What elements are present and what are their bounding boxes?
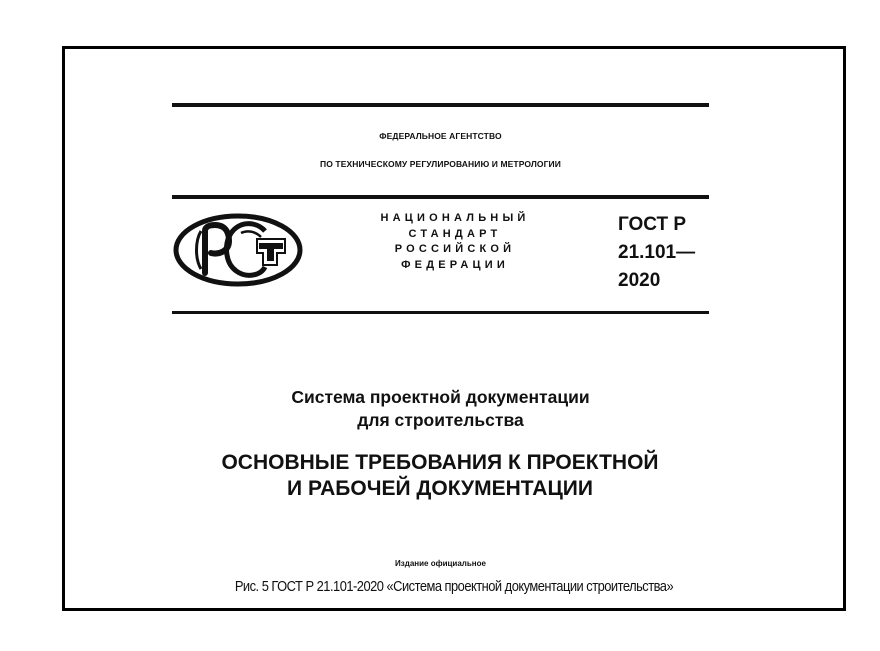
national-standard-line: ФЕДЕРАЦИИ — [360, 258, 550, 274]
national-standard-label: НАЦИОНАЛЬНЫЙ СТАНДАРТ РОССИЙСКОЙ ФЕДЕРАЦ… — [360, 211, 550, 273]
rst-certification-mark-icon — [173, 213, 303, 287]
middle-rule — [172, 195, 709, 199]
title-line: И РАБОЧЕЙ ДОКУМЕНТАЦИИ — [150, 476, 730, 502]
designation-line: ГОСТ Р — [618, 211, 695, 239]
designation-line: 2020 — [618, 267, 695, 295]
top-rule — [172, 103, 709, 107]
document-title: ОСНОВНЫЕ ТРЕБОВАНИЯ К ПРОЕКТНОЙ И РАБОЧЕ… — [150, 450, 730, 502]
designation-line: 21.101— — [618, 239, 695, 267]
national-standard-line: РОССИЙСКОЙ — [360, 242, 550, 258]
agency-line-1: ФЕДЕРАЛЬНОЕ АГЕНТСТВО — [172, 131, 709, 141]
figure-caption: Рис. 5 ГОСТ Р 21.101-2020 «Система проек… — [117, 578, 791, 595]
national-standard-line: НАЦИОНАЛЬНЫЙ — [360, 211, 550, 227]
bottom-rule — [172, 311, 709, 314]
series-line: Система проектной документации — [172, 386, 709, 409]
national-standard-line: СТАНДАРТ — [360, 227, 550, 243]
title-line: ОСНОВНЫЕ ТРЕБОВАНИЯ К ПРОЕКТНОЙ — [150, 450, 730, 476]
standard-designation: ГОСТ Р 21.101— 2020 — [618, 211, 695, 295]
series-title: Система проектной документации для строи… — [172, 386, 709, 432]
agency-line-2: ПО ТЕХНИЧЕСКОМУ РЕГУЛИРОВАНИЮ И МЕТРОЛОГ… — [172, 159, 709, 169]
series-line: для строительства — [172, 409, 709, 432]
edition-note: Издание официальное — [172, 559, 709, 568]
